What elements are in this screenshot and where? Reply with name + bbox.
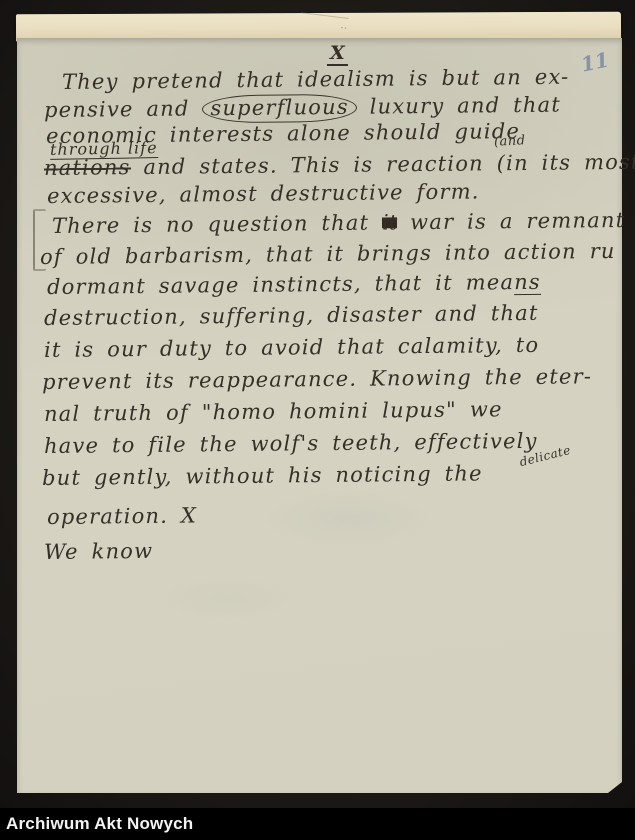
manuscript-page xyxy=(17,38,622,793)
back-page-edge xyxy=(16,12,621,42)
margin-bracket xyxy=(33,209,46,271)
archive-scan: They pretend that idealism is but an ex-… xyxy=(0,0,635,840)
archive-caption: Archiwum Akt Nowych xyxy=(0,814,193,834)
caption-bar: Archiwum Akt Nowych xyxy=(0,808,635,840)
photo-background: They pretend that idealism is but an ex-… xyxy=(0,0,635,808)
